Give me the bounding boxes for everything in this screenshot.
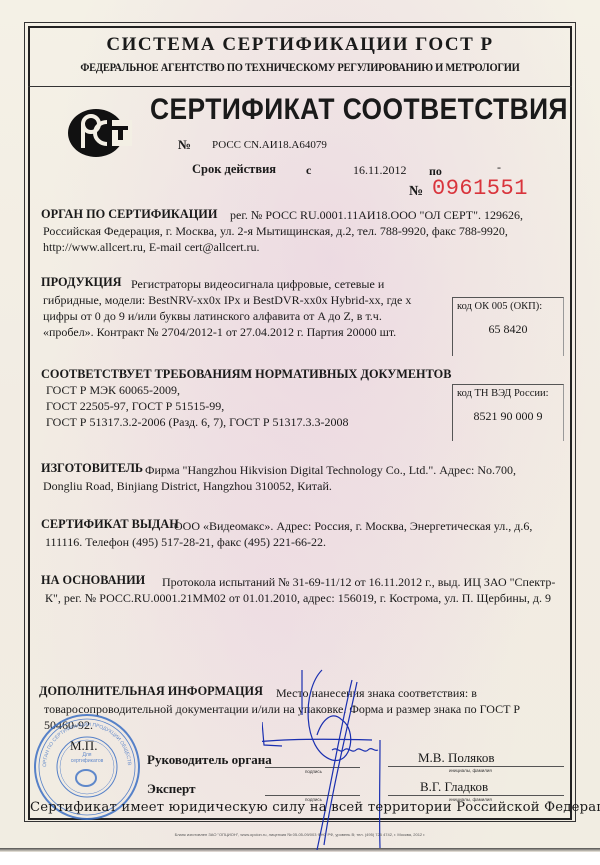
expert-name: В.Г. Гладков: [420, 779, 488, 795]
serial-number: 0961551: [432, 176, 528, 201]
valid-from-date: 16.11.2012: [353, 163, 407, 178]
printer-fineprint: Бланк изготовлен ЗАО "ОПЦИОН", www.opcio…: [30, 832, 570, 837]
issued-to-line-1: ООО «Видеомакс». Адрес: Россия, г. Москв…: [174, 518, 532, 534]
agency-name: ФЕДЕРАЛЬНОЕ АГЕНТСТВО ПО ТЕХНИЧЕСКОМУ РЕ…: [49, 62, 551, 74]
basis-line-2: К", рег. № РОСС.RU.0001.21ММ02 от 01.01.…: [45, 590, 551, 606]
valid-from-label: с: [306, 163, 311, 178]
page-background: [0, 852, 600, 865]
issued-to-heading: СЕРТИФИКАТ ВЫДАН: [41, 517, 179, 532]
manufacturer-heading: ИЗГОТОВИТЕЛЬ: [41, 461, 143, 476]
validity-label: Срок действия: [192, 162, 276, 177]
number-label: №: [178, 137, 191, 153]
expert-label: Эксперт: [147, 781, 195, 797]
manufacturer-line-2: Dongliu Road, Binjiang District, Hangzho…: [43, 478, 332, 494]
cert-body-line-3: http://www.allcert.ru, E-mail cert@allce…: [43, 239, 260, 255]
manufacturer-line-1: Фирма "Hangzhou Hikvision Digital Techno…: [145, 462, 516, 478]
certificate-number: РОСС CN.АИ18.А64079: [212, 139, 327, 151]
standards-heading: СООТВЕТСТВУЕТ ТРЕБОВАНИЯМ НОРМАТИВНЫХ ДО…: [41, 367, 451, 382]
product-line-3: цифры от 0 до 9 и/или буквы латинского а…: [43, 308, 382, 324]
tnved-code-label: код ТН ВЭД России:: [457, 388, 549, 399]
product-line-4: «пробел». Контракт № 2704/2012-1 от 27.0…: [43, 324, 396, 340]
certificate-title: СЕРТИФИКАТ СООТВЕТСТВИЯ: [150, 93, 520, 127]
additional-heading: ДОПОЛНИТЕЛЬНАЯ ИНФОРМАЦИЯ: [39, 684, 263, 699]
head-name-caption: инициалы, фамилия: [449, 768, 492, 773]
valid-to-date: -: [497, 160, 501, 175]
product-line-1: Регистраторы видеосигнала цифровые, сете…: [131, 276, 384, 292]
svg-text:сертификатов: сертификатов: [71, 758, 104, 764]
standards-line-2: ГОСТ 22505-97, ГОСТ Р 51515-99,: [46, 398, 224, 414]
legal-validity-statement: Сертификат имеет юридическую силу на все…: [30, 800, 570, 815]
handwritten-signature-icon: [262, 640, 382, 850]
product-heading: ПРОДУКЦИЯ: [41, 275, 122, 290]
head-name: М.В. Поляков: [418, 750, 494, 766]
cert-body-line-2: Российская Федерация, г. Москва, ул. 2-я…: [43, 223, 508, 239]
standards-line-1: ГОСТ Р МЭК 60065-2009,: [46, 382, 180, 398]
serial-label: №: [409, 184, 423, 200]
okp-code-value: 65 8420: [453, 322, 563, 337]
issued-to-line-2: 111116. Телефон (495) 517-28-21, факс (4…: [45, 534, 326, 550]
product-line-2: гибридные, модели: BestNRV-xx0x IPx и Be…: [43, 292, 411, 308]
cert-body-section: ОРГАН ПО СЕРТИФИКАЦИИ: [41, 205, 217, 223]
okp-code-box: код ОК 005 (ОКП): 65 8420: [452, 297, 564, 356]
basis-line-1: Протокола испытаний № 31-69-11/12 от 16.…: [162, 574, 555, 590]
okp-code-label: код ОК 005 (ОКП):: [457, 301, 542, 312]
basis-heading: НА ОСНОВАНИИ: [41, 573, 145, 588]
header-divider: [28, 86, 572, 87]
tnved-code-value: 8521 90 000 9: [453, 409, 563, 424]
cert-body-heading: ОРГАН ПО СЕРТИФИКАЦИИ: [41, 207, 217, 221]
head-of-body-label: Руководитель органа: [147, 752, 272, 768]
cert-body-line-1: рег. № РОСС RU.0001.11АИ18.ООО "ОЛ СЕРТ"…: [230, 207, 523, 223]
system-title: СИСТЕМА СЕРТИФИКАЦИИ ГОСТ Р: [30, 34, 570, 56]
head-name-line: [388, 766, 564, 767]
seal-place-label: М.П.: [70, 738, 97, 754]
standards-line-3: ГОСТ Р 51317.3.2-2006 (Разд. 6, 7), ГОСТ…: [46, 414, 349, 430]
tnved-code-box: код ТН ВЭД России: 8521 90 000 9: [452, 384, 564, 441]
rst-conformity-mark-icon: [66, 108, 132, 158]
expert-name-line: [388, 795, 564, 796]
